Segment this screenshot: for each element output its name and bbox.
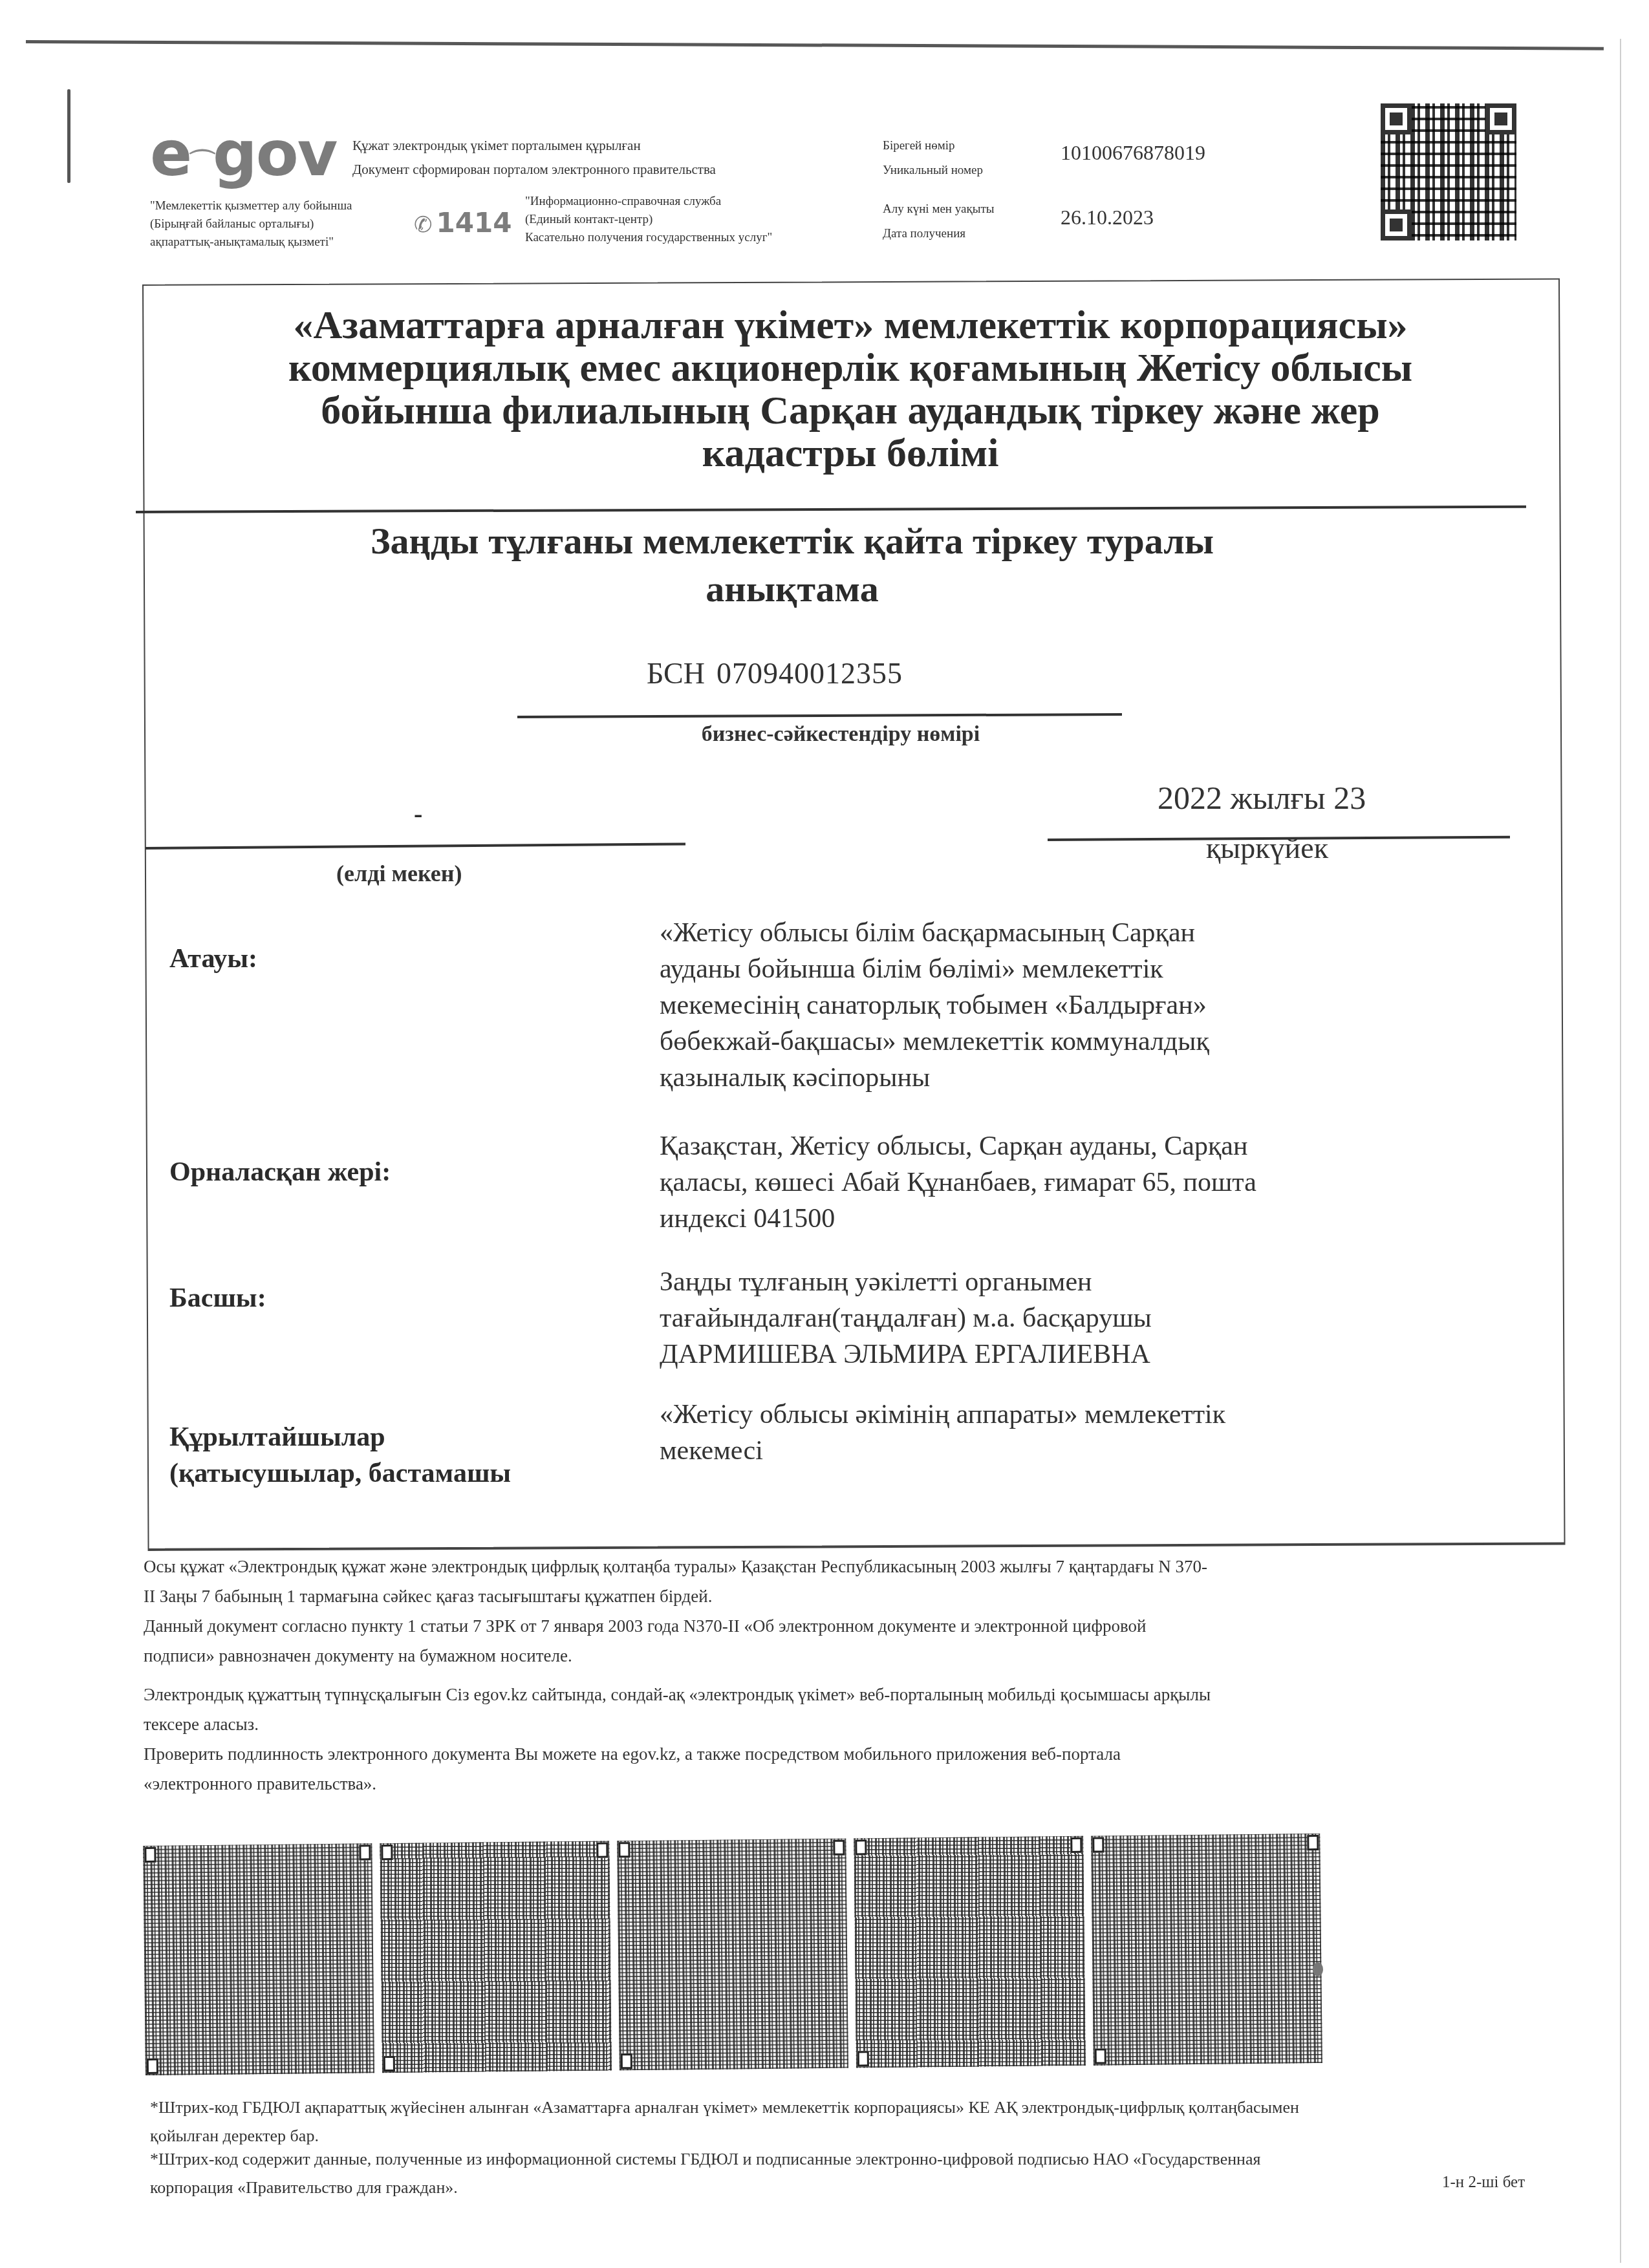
legal-disclaimer: Осы құжат «Электрондық құжат және электр…: [144, 1552, 1566, 1799]
scan-edge-line: [1620, 39, 1621, 2263]
issuer-title: «Азаматтарға арналған үкімет» мемлекетті…: [155, 304, 1546, 475]
received-label-kz: Алу күні мен уақыты: [883, 200, 995, 219]
locality-caption: (елді мекен): [336, 860, 462, 887]
egov-logo: e⌒gov: [150, 123, 336, 185]
barcode-icon: [1091, 1834, 1322, 2066]
disclaimer-ru-verify: Проверить подлинность электронного докум…: [144, 1739, 1566, 1799]
barcode-icon: [854, 1836, 1085, 2068]
qr-code-icon: [1381, 103, 1516, 241]
footnote-ru: *Штрих-код содержит данные, полученные и…: [150, 2145, 1586, 2202]
phone-icon: ✆: [414, 212, 433, 238]
generated-by-kz: Құжат электрондық үкімет порталымен құры…: [352, 134, 641, 157]
page-indicator: 1-н 2-ші бет: [1442, 2174, 1525, 2192]
registration-month: қыркүйек: [1206, 831, 1328, 865]
bin-number: 070940012355: [717, 657, 903, 690]
scan-edge-line: [26, 40, 1604, 50]
barcode-icon: [380, 1841, 612, 2073]
received-date: 26.10.2023: [1061, 206, 1154, 230]
locality-value: -: [414, 798, 422, 829]
footnote-kz: *Штрих-код ГБДЮЛ ақпараттық жүйесінен ал…: [150, 2093, 1586, 2150]
generated-by-ru: Документ сформирован порталом электронно…: [352, 158, 716, 181]
unique-number-label-kz: Бірегей нөмір: [883, 137, 955, 155]
registration-date: 2022 жылғы 23: [1158, 779, 1366, 817]
disclaimer-kz-law: Осы құжат «Электрондық құжат және электр…: [144, 1552, 1566, 1611]
contact-center-kz: "Мемлекеттік қызметтер алу бойынша (Біры…: [150, 197, 352, 251]
bin-field: БСН070940012355: [647, 656, 903, 690]
disclaimer-ru-law: Данный документ согласно пункту 1 статьи…: [144, 1611, 1566, 1671]
field-value-head: Заңды тұлғаның уәкілетті органымен тағай…: [660, 1264, 1513, 1373]
barcode-strip: [143, 1834, 1322, 2075]
egov-logo-icon: ⌒: [189, 148, 214, 178]
phone-number: ✆1414: [414, 207, 512, 239]
field-label-founders: Құрылтайшылар (қатысушылар, бастамашы: [169, 1419, 511, 1492]
qr-finder-mark: [1381, 209, 1412, 241]
unique-number-label-ru: Уникальный номер: [883, 162, 983, 180]
contact-center-ru: "Информационно-справочная служба (Единый…: [525, 193, 772, 247]
scan-speck: [1313, 1962, 1323, 1976]
disclaimer-kz-verify: Электрондық құжаттың түпнұсқалығын Сіз e…: [144, 1680, 1566, 1739]
field-label-head: Басшы:: [169, 1280, 266, 1316]
field-value-founders: «Жетісу облысы әкімінің аппараты» мемлек…: [660, 1396, 1513, 1469]
bin-caption: бизнес-сәйкестендіру нөмірі: [582, 722, 1099, 747]
margin-mark: [67, 89, 70, 183]
field-value-location: Қазақстан, Жетісу облысы, Сарқан ауданы,…: [660, 1128, 1513, 1237]
unique-number: 10100676878019: [1061, 141, 1205, 165]
document-title: Заңды тұлғаны мемлекеттік қайта тіркеу т…: [194, 517, 1390, 613]
qr-finder-mark: [1381, 103, 1412, 134]
field-label-location: Орналасқан жері:: [169, 1154, 391, 1190]
qr-finder-mark: [1485, 103, 1516, 134]
field-value-name: «Жетісу облысы білім басқармасының Сарқа…: [660, 915, 1513, 1096]
field-label-name: Атауы:: [169, 941, 257, 977]
barcode-icon: [617, 1839, 848, 2071]
received-label-ru: Дата получения: [883, 225, 965, 243]
barcode-icon: [143, 1843, 374, 2075]
bin-prefix: БСН: [647, 657, 705, 690]
